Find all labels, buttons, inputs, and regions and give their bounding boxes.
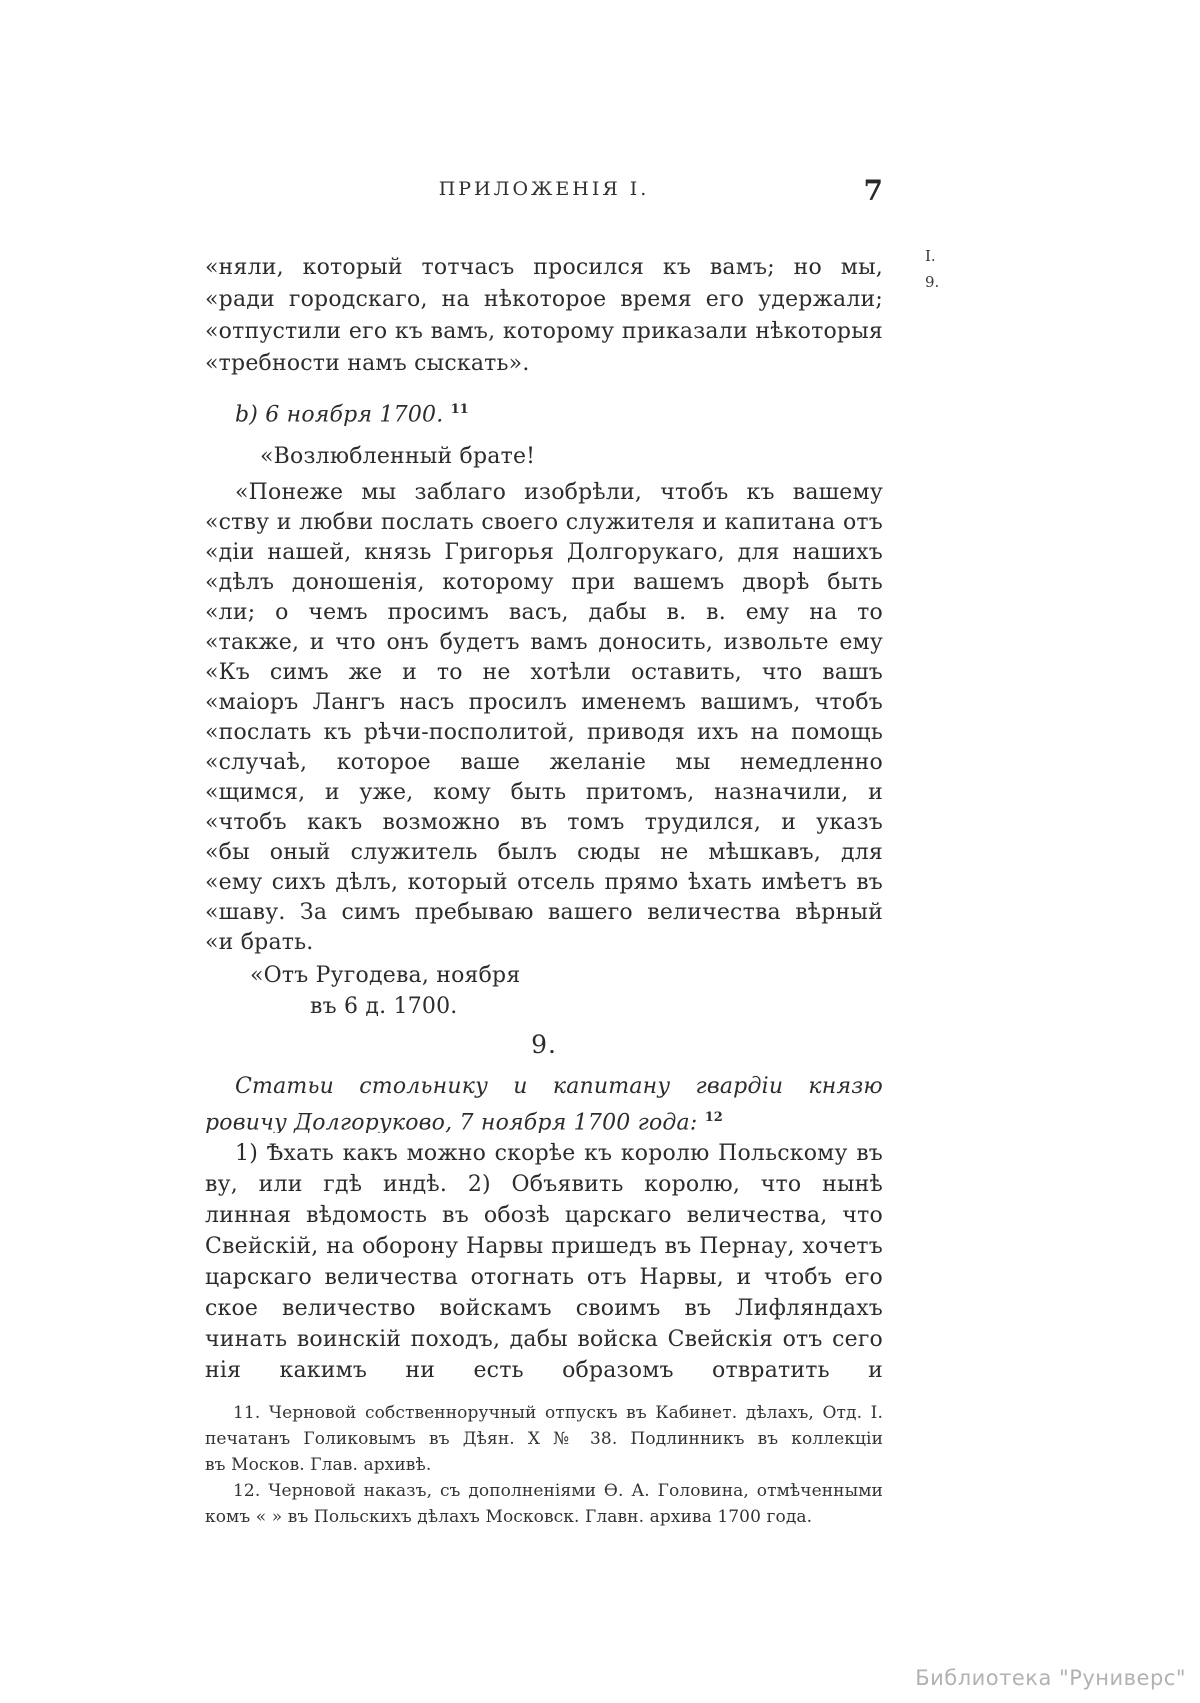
- footnote-ref-11: 11: [451, 402, 469, 417]
- footnote-line: 12. Черновой наказъ, съ дополненіями Ѳ. …: [205, 1478, 883, 1504]
- library-watermark: Библиотека "Руниверс": [915, 1666, 1186, 1690]
- text-line: Свейскій, на оборону Нарвы пришедъ въ Пе…: [205, 1231, 883, 1262]
- text-line: чинать воинскій походъ, дабы войска Свей…: [205, 1324, 883, 1355]
- text-line: 1) Ѣхать какъ можно скорѣе къ королю Пол…: [205, 1138, 883, 1169]
- text-line: въ 6 д. 1700.: [205, 991, 883, 1022]
- text-line: «ли; о чемъ просимъ васъ, дабы в. в. ему…: [205, 598, 883, 628]
- text-line: «отпустили его къ вамъ, которому приказа…: [205, 316, 883, 348]
- text-line: линная вѣдомость въ обозѣ царскаго велич…: [205, 1200, 883, 1231]
- page-number: 7: [864, 174, 883, 207]
- footnote-line: въ Москов. Глав. архивѣ.: [205, 1452, 883, 1478]
- text-line: «бы оный служитель былъ сюды не мѣшкавъ,…: [205, 838, 883, 868]
- text-line: ровичу Долгоруково, 7 ноября 1700 года: …: [205, 1102, 883, 1133]
- text-line: Статьи стольнику и капитану гвардіи княз…: [205, 1071, 883, 1102]
- text-line: «шаву. За симъ пребываю вашего величеств…: [205, 898, 883, 928]
- letter-signoff: «Отъ Ругодева, ноября въ 6 д. 1700.: [205, 960, 883, 1022]
- text-line: «ради городскаго, на нѣкоторое время его…: [205, 284, 883, 316]
- section-heading: Статьи стольнику и капитану гвардіи княз…: [205, 1071, 883, 1133]
- text-line: ское величество войскамъ своимъ въ Лифля…: [205, 1293, 883, 1324]
- footnote-line: 11. Черновой собственноручный отпускъ въ…: [205, 1400, 883, 1426]
- text-line: «Отъ Ругодева, ноября: [205, 960, 883, 991]
- text-line: «и брать.: [205, 928, 883, 958]
- text-line: «ему сихъ дѣлъ, который отсель прямо ѣха…: [205, 868, 883, 898]
- text-line: «ству и любви послать своего служителя и…: [205, 508, 883, 538]
- paragraph-continued: «няли, который тотчасъ просился къ вамъ;…: [205, 252, 883, 380]
- footnotes-block: 11. Черновой собственноручный отпускъ въ…: [205, 1400, 883, 1530]
- text-line: «щимся, и уже, кому быть притомъ, назнач…: [205, 778, 883, 808]
- heading-text: ровичу Долгоруково, 7 ноября 1700 года:: [205, 1110, 698, 1133]
- text-line: царскаго величества отогнать отъ Нарвы, …: [205, 1262, 883, 1293]
- text-line: «случаѣ, которое ваше желаніе мы немедле…: [205, 748, 883, 778]
- text-line: нія какимъ ни есть образомъ отвратить и …: [205, 1355, 883, 1386]
- text-line: «послать къ рѣчи-посполитой, приводя ихъ…: [205, 718, 883, 748]
- text-line: «маіоръ Лангъ насъ просилъ именемъ вашим…: [205, 688, 883, 718]
- section-number: 9.: [205, 1030, 883, 1059]
- articles-paragraph: 1) Ѣхать какъ можно скорѣе къ королю Пол…: [205, 1138, 883, 1386]
- text-line: «чтобъ какъ возможно въ томъ трудился, и…: [205, 808, 883, 838]
- text-line: ву, или гдѣ индѣ. 2) Объявить королю, чт…: [205, 1169, 883, 1200]
- text-line: b) 6 ноября 1700. 11: [205, 394, 883, 426]
- margin-notes: І. 9.: [925, 243, 975, 295]
- text-line: «дѣлъ доношенія, которому при вашемъ дво…: [205, 568, 883, 598]
- letter-body: «Понеже мы заблаго изобрѣли, чтобъ къ ва…: [205, 478, 883, 958]
- text-line: «Понеже мы заблаго изобрѣли, чтобъ къ ва…: [205, 478, 883, 508]
- text-line: «Возлюбленный брате!: [205, 441, 883, 473]
- footnote-line: комъ « » въ Польскихъ дѣлахъ Московск. Г…: [205, 1504, 883, 1530]
- book-page-scan: ПРИЛОЖЕНІЯ I. 7 І. 9. «няли, который тот…: [0, 0, 1200, 1703]
- date-label: b) 6 ноября 1700.: [235, 402, 443, 426]
- footnote-ref-12: 12: [705, 1110, 723, 1125]
- margin-note: 9.: [925, 269, 975, 295]
- margin-note: І.: [925, 243, 975, 269]
- text-line: «также, и что онъ будетъ вамъ доносить, …: [205, 628, 883, 658]
- footnote-line: печатанъ Голиковымъ въ Дѣян. X № 38. Под…: [205, 1426, 883, 1452]
- running-title: ПРИЛОЖЕНІЯ I.: [205, 178, 883, 200]
- letter-date-heading: b) 6 ноября 1700. 11: [205, 394, 883, 426]
- text-line: «требности намъ сыскать».: [205, 348, 883, 380]
- page-header: ПРИЛОЖЕНІЯ I. 7: [205, 178, 883, 214]
- text-line: «Къ симъ же и то не хотѣли оставить, что…: [205, 658, 883, 688]
- text-line: «діи нашей, князь Григорья Долгорукаго, …: [205, 538, 883, 568]
- letter-salutation: «Возлюбленный брате!: [205, 441, 883, 473]
- text-line: «няли, который тотчасъ просился къ вамъ;…: [205, 252, 883, 284]
